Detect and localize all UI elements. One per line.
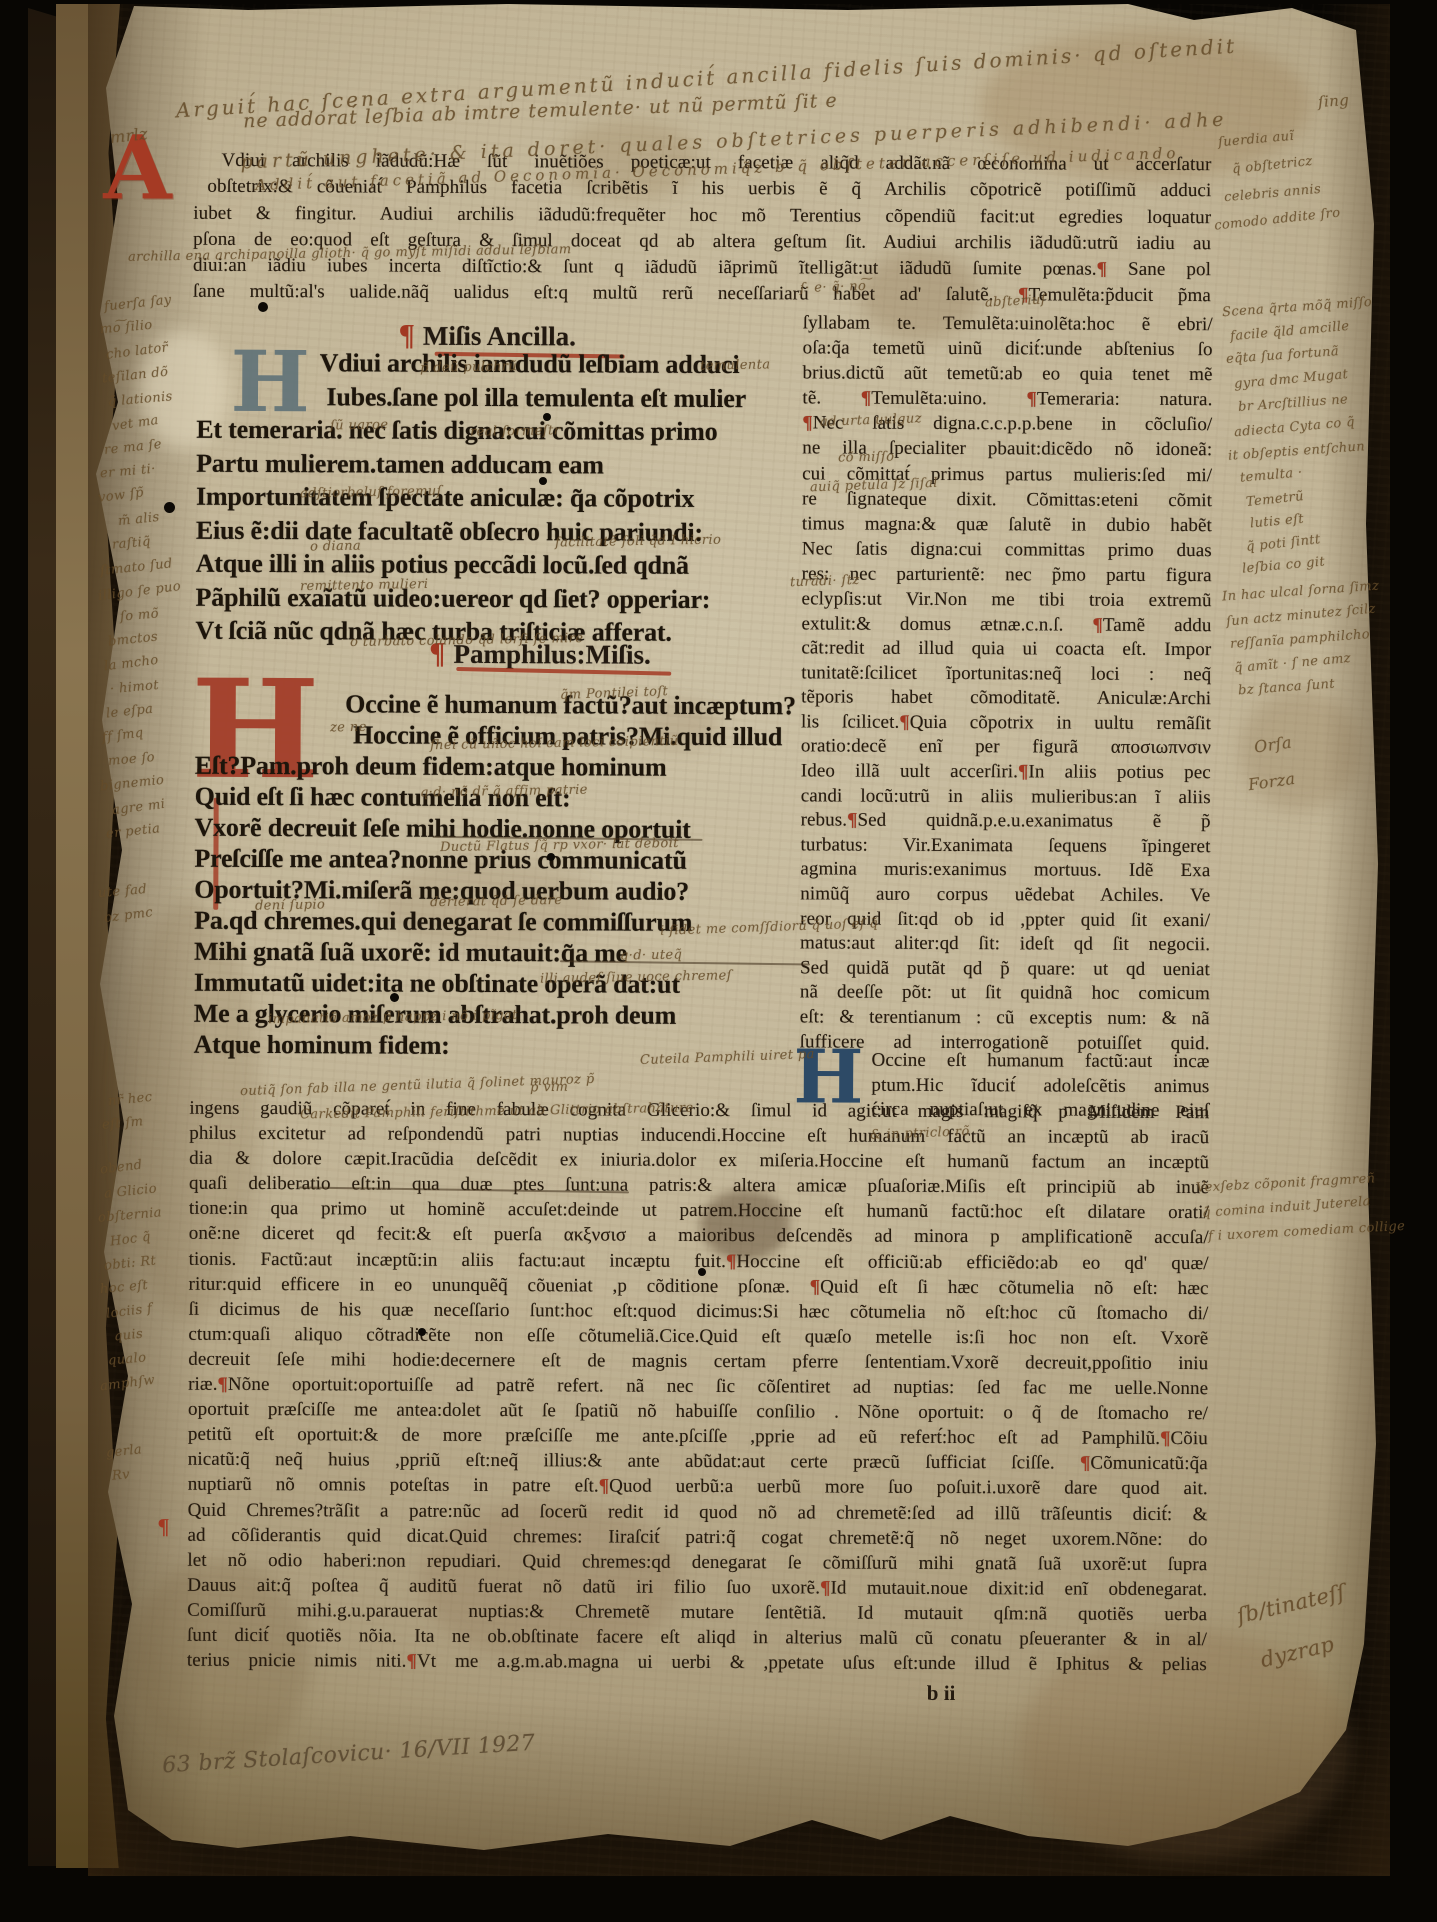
wormhole <box>543 413 551 421</box>
margin-note: Rv <box>111 1467 130 1484</box>
gloss-note: adſtiorbeluſ foremuſ <box>300 484 442 501</box>
gloss-note: derierat q̃d ſe dare <box>430 893 563 910</box>
right-commentary-upper: ſyllabam te. Temulẽta:uinolẽta:hoc ẽ ebr… <box>801 310 1212 638</box>
gloss-note: q·d· uteq̃ <box>620 947 683 963</box>
commentary-line: turbatus: Vir.Exanimata ſequens ĩpingere… <box>800 833 1210 859</box>
handwritten-note: mrlz <box>109 124 149 147</box>
commentary-line: Quid Chremes?trãſit a patre:nũc ad ſocer… <box>188 1497 1208 1527</box>
commentary-line: onẽ:ne diceret qd fecit:& eſt puerſa ακξ… <box>189 1221 1209 1251</box>
commentary-line: candi locũ:utrũ in aliis mulieribus:an ĩ… <box>801 784 1211 810</box>
gloss-note: facilitatẽ ſoli q̃d I hicrio <box>555 533 722 551</box>
gloss-note: p̃ deũ pulchrũ <box>420 359 518 376</box>
commentary-line: res: nec parturientẽ: nec p̃mo partu fig… <box>802 561 1212 588</box>
wormhole <box>539 477 547 485</box>
paragraph-bullet <box>164 502 175 513</box>
right-commentary-lower: cãt:redit ad illud quia ui coacta eſt. I… <box>800 636 1212 1056</box>
commentary-line: oratio:decẽ enĩ per figurã αποσιωπνσιν <box>801 735 1211 761</box>
commentary-line: Ideo illã uult accerſiri.¶In aliis potiu… <box>801 759 1211 785</box>
gloss-note: ze ne <box>330 720 367 736</box>
verse-line: Eſt?Pam.proh deum fidem:atque hominum <box>195 750 796 784</box>
gloss-note: abſteriuſ <box>985 292 1047 310</box>
commentary-line: matus:aut aliter:qd ſit: ideſt qd ſit ne… <box>800 931 1210 957</box>
verse-line: Occine ẽ humanum factũ?aut incæptum? <box>195 688 796 722</box>
wormhole <box>418 1328 426 1336</box>
gloss-note: q·d· nõ dr̃ q̃ affim patrie <box>420 783 588 801</box>
commentary-line: timus magna:& quæ ſalutẽ in dubio habẽt <box>802 511 1212 538</box>
gloss-note: ſ· e· q̃· no͠ <box>800 279 867 296</box>
gloss-note: real formeſtr <box>470 423 561 440</box>
scanned-incunable-page: A Vdiui archilis iãdudũ:Hæ ſũt inuẽtiões… <box>0 0 1437 1922</box>
verse-block-misis: Vdiui archilis iamdudũ leſbiam adduciIub… <box>195 346 746 650</box>
bottom-commentary: ingens gaudiũ cõparet́ in fine fabulæ co… <box>187 1096 1210 1678</box>
gloss-note: remittento mulieri <box>300 577 429 594</box>
commentary-line: Occine eſt humanum factũ:aut incæ <box>872 1049 1210 1075</box>
wormhole <box>547 853 555 861</box>
commentary-line: Nec ſatis digna:cui committas primo duas <box>802 536 1212 563</box>
margin-note: quis <box>113 1327 144 1345</box>
verse-line: Importunitatem ſpectate aniculæ: q̃a cõp… <box>196 480 746 516</box>
commentary-line: terius pnicie nimis niti.¶Vt me a.g.m.ab… <box>187 1648 1207 1678</box>
verse-line: Pãphilũ exaĩatũ uideo:uereor qd ſiet? op… <box>196 580 746 616</box>
commentary-line: rebus.¶Sed quidnã.p.e.u.exanimatus ẽ p̃ <box>801 809 1211 835</box>
marginal-pilcrow-icon: ¶ <box>157 1514 169 1540</box>
commentary-line: nuptiarũ nõ omnis poteſtas in patre eſt.… <box>188 1472 1208 1502</box>
commentary-line: brius.dictũ aũt temetũ:ab eo quia tenet … <box>803 361 1213 388</box>
verse-line: Atque illi in aliis potius peccãdi locũ.… <box>196 547 746 583</box>
commentary-line: extulit:& domus ætnæ.c.n.ſ. ¶Tamẽ addu <box>801 611 1211 638</box>
wormhole <box>258 302 268 312</box>
verse-line: Iubes.ſane pol illa temulenta eſt mulier <box>196 379 746 415</box>
wormhole <box>698 1268 706 1276</box>
commentary-line: tunitatẽ:ſcilicet ĩportunitas:neq̃ loci … <box>801 661 1211 687</box>
commentary-line: ſyllabam te. Temulẽta:uinolẽta:hoc ẽ ebr… <box>803 310 1213 337</box>
quire-signature: b ii <box>927 1681 956 1706</box>
wormhole <box>390 993 399 1002</box>
commentary-line: lis ſcilicet.¶Quia cõpotrix in uultu rem… <box>801 710 1211 736</box>
commentary-line: eſt: & terentianum : cũ exceptis num: & … <box>800 1005 1210 1031</box>
commentary-line: nã deeſſe põt: ut ſit quidnã hoc comicum <box>800 981 1210 1007</box>
commentary-line: ſane multũ:al's ualide.nãq̃ ualidus eſt:… <box>193 279 1211 310</box>
gloss-note: dení ſupio <box>255 897 325 913</box>
commentary-line: tẽ. ¶Temulẽta:uino. ¶Temeraria: natura. <box>802 386 1212 413</box>
gloss-note: o diana <box>310 539 361 555</box>
commentary-line: cãt:redit ad illud quia ui coacta eſt. I… <box>801 636 1211 662</box>
commentary-line: nimũq̃ auro corpus uẽdebat Achiles. Ve <box>800 882 1210 908</box>
handwritten-note: ſing <box>1317 91 1349 111</box>
gloss-note: temulenta <box>700 357 771 373</box>
commentary-line: ptum.Hic ĩducit́ adoleſcẽtis animus <box>871 1073 1209 1099</box>
commentary-line: Sed quidã putãt qd p̃ quare: ut qd uenia… <box>800 956 1210 982</box>
gloss-note: cõ miſſo <box>838 450 895 466</box>
gloss-note: ſũ uaroe <box>330 417 389 433</box>
commentary-line: tẽporis habet cõmoditatẽ. Aniculæ:Archi <box>801 686 1211 712</box>
commentary-line: oſa:q̃a temetũ uinũ dicit́:unde abſteniu… <box>803 335 1213 362</box>
verse-line: Partu mulierem.tamen adducam eam <box>196 446 746 482</box>
printed-text-block: A Vdiui archilis iãdudũ:Hæ ſũt inuẽtiões… <box>0 0 1437 1922</box>
gloss-note: turãdi· ſtz <box>790 573 860 590</box>
commentary-line: eclypſis:ut Vir.Non me tibi troia extrem… <box>802 586 1212 613</box>
commentary-line: agmina muris:exanimus mortuus. Idẽ Exa <box>800 858 1210 884</box>
verse-line: Mihi gnatã ſuã uxorẽ: id mutauit:q̃a me <box>194 936 795 970</box>
